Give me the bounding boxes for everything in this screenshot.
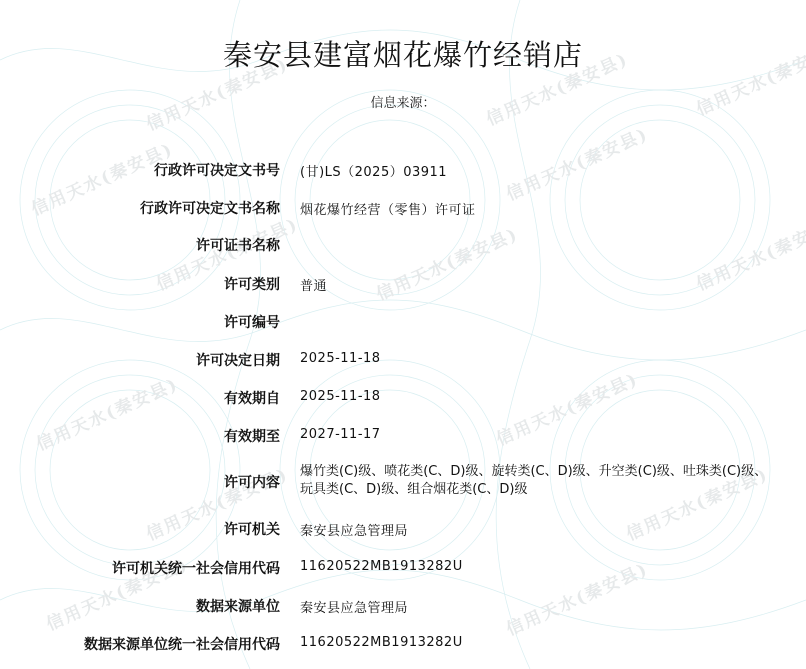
field-value: 2027-11-17	[300, 427, 381, 442]
field-label: 行政许可决定文书名称	[140, 198, 280, 218]
watermark-text: 信用天水(秦安县)	[32, 370, 182, 455]
field-label: 许可机关	[224, 519, 280, 539]
field-value: 秦安县应急管理局	[300, 597, 408, 616]
watermark-text: 信用天水(秦安县)	[372, 220, 522, 305]
field-label: 许可机关统一社会信用代码	[112, 558, 280, 578]
field-label: 行政许可决定文书号	[154, 160, 280, 180]
field-value: 2025-11-18	[300, 389, 381, 404]
field-value: 秦安县应急管理局	[300, 520, 408, 539]
field-label: 数据来源单位统一社会信用代码	[84, 634, 280, 654]
page-title: 秦安县建富烟花爆竹经销店	[0, 33, 806, 74]
field-label: 许可证书名称	[196, 235, 280, 255]
field-label: 有效期至	[224, 426, 280, 446]
field-value: 烟花爆竹经营（零售）许可证	[300, 199, 476, 218]
field-value: 11620522MB1913282U	[300, 559, 463, 574]
watermark-text: 信用天水(秦安县)	[502, 555, 652, 640]
field-label: 许可决定日期	[196, 350, 280, 370]
watermark-text: 信用天水(秦安县)	[492, 365, 642, 450]
field-value: (甘)LS（2025）03911	[300, 161, 447, 180]
info-source-label: 信息来源：	[0, 92, 806, 111]
watermark-text: 信用天水(秦安县)	[502, 120, 652, 205]
field-label: 许可类别	[224, 274, 280, 294]
watermark-text: 信用天水(秦安县)	[692, 210, 806, 295]
field-label: 许可内容	[224, 472, 280, 492]
field-value: 2025-11-18	[300, 351, 381, 366]
field-value: 爆竹类(C)级、喷花类(C、D)级、旋转类(C、D)级、升空类(C)级、吐珠类(…	[300, 463, 780, 499]
field-label: 数据来源单位	[196, 596, 280, 616]
field-value: 11620522MB1913282U	[300, 635, 463, 650]
field-value: 普通	[300, 275, 327, 294]
field-label: 许可编号	[224, 312, 280, 332]
field-label: 有效期自	[224, 388, 280, 408]
